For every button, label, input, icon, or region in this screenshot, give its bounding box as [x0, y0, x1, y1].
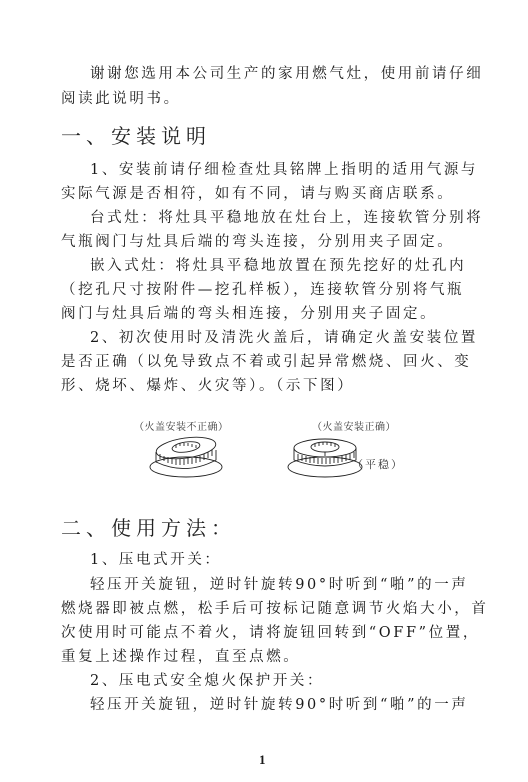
paragraph-line: 2、初次使用时及清洗火盖后，请确定火盖安装位置 [90, 328, 510, 348]
paragraph-line: 次使用时可能点不着火，请将旋钮回转到“OFF”位置， [61, 623, 481, 643]
intro-line-1: 谢谢您选用本公司生产的家用燃气灶，使用前请仔细 [90, 64, 510, 84]
paragraph-line: 燃烧器即被点燃，松手后可按标记随意调节火焰大小，首 [61, 599, 481, 619]
note-level: （平稳） [352, 456, 404, 472]
paragraph-line: 阀门与灶具后端的弯头相连接，分别用夹子固定。 [61, 304, 481, 324]
paragraph-line: 轻压开关旋钮，逆时针旋转90°时听到“啪”的一声 [90, 575, 510, 595]
burner-cap-tilted-icon [146, 434, 226, 480]
paragraph-line: 台式灶：将灶具平稳地放在灶台上，连接软管分别将 [90, 208, 510, 228]
page-number: 1 [259, 752, 266, 768]
caption-correct: （火盖安装正确） [312, 418, 396, 433]
paragraph-line: 是否正确（以免导致点不着或引起异常燃烧、回火、变 [61, 352, 481, 372]
paragraph-line: 嵌入式灶：将灶具平稳地放置在预先挖好的灶孔内 [90, 256, 510, 276]
subheading-piezo-switch: 1、压电式开关： [90, 550, 510, 570]
paragraph-line: 1、安装前请仔细检查灶具铭牌上指明的适用气源与 [90, 160, 510, 180]
caption-incorrect: （火盖安装不正确） [134, 418, 229, 433]
section-heading-installation: 一、安装说明 [61, 120, 211, 149]
paragraph-line: 轻压开关旋钮，逆时针旋转90°时听到“啪”的一声 [90, 695, 510, 715]
paragraph-line: （挖孔尺寸按附件—挖孔样板），连接软管分别将气瓶 [61, 280, 481, 300]
intro-line-2: 阅读此说明书。 [61, 89, 481, 109]
paragraph-line: 实际气源是否相符，如有不同，请与购买商店联系。 [61, 184, 481, 204]
paragraph-line: 重复上述操作过程，直至点燃。 [61, 647, 481, 667]
subheading-safety-switch: 2、压电式安全熄火保护开关： [90, 671, 510, 691]
section-heading-usage: 二、使用方法： [61, 512, 236, 541]
paragraph-line: 气瓶阀门与灶具后端的弯头连接，分别用夹子固定。 [61, 232, 481, 252]
paragraph-line: 形、烧坏、爆炸、火灾等）。（示下图） [61, 376, 481, 396]
